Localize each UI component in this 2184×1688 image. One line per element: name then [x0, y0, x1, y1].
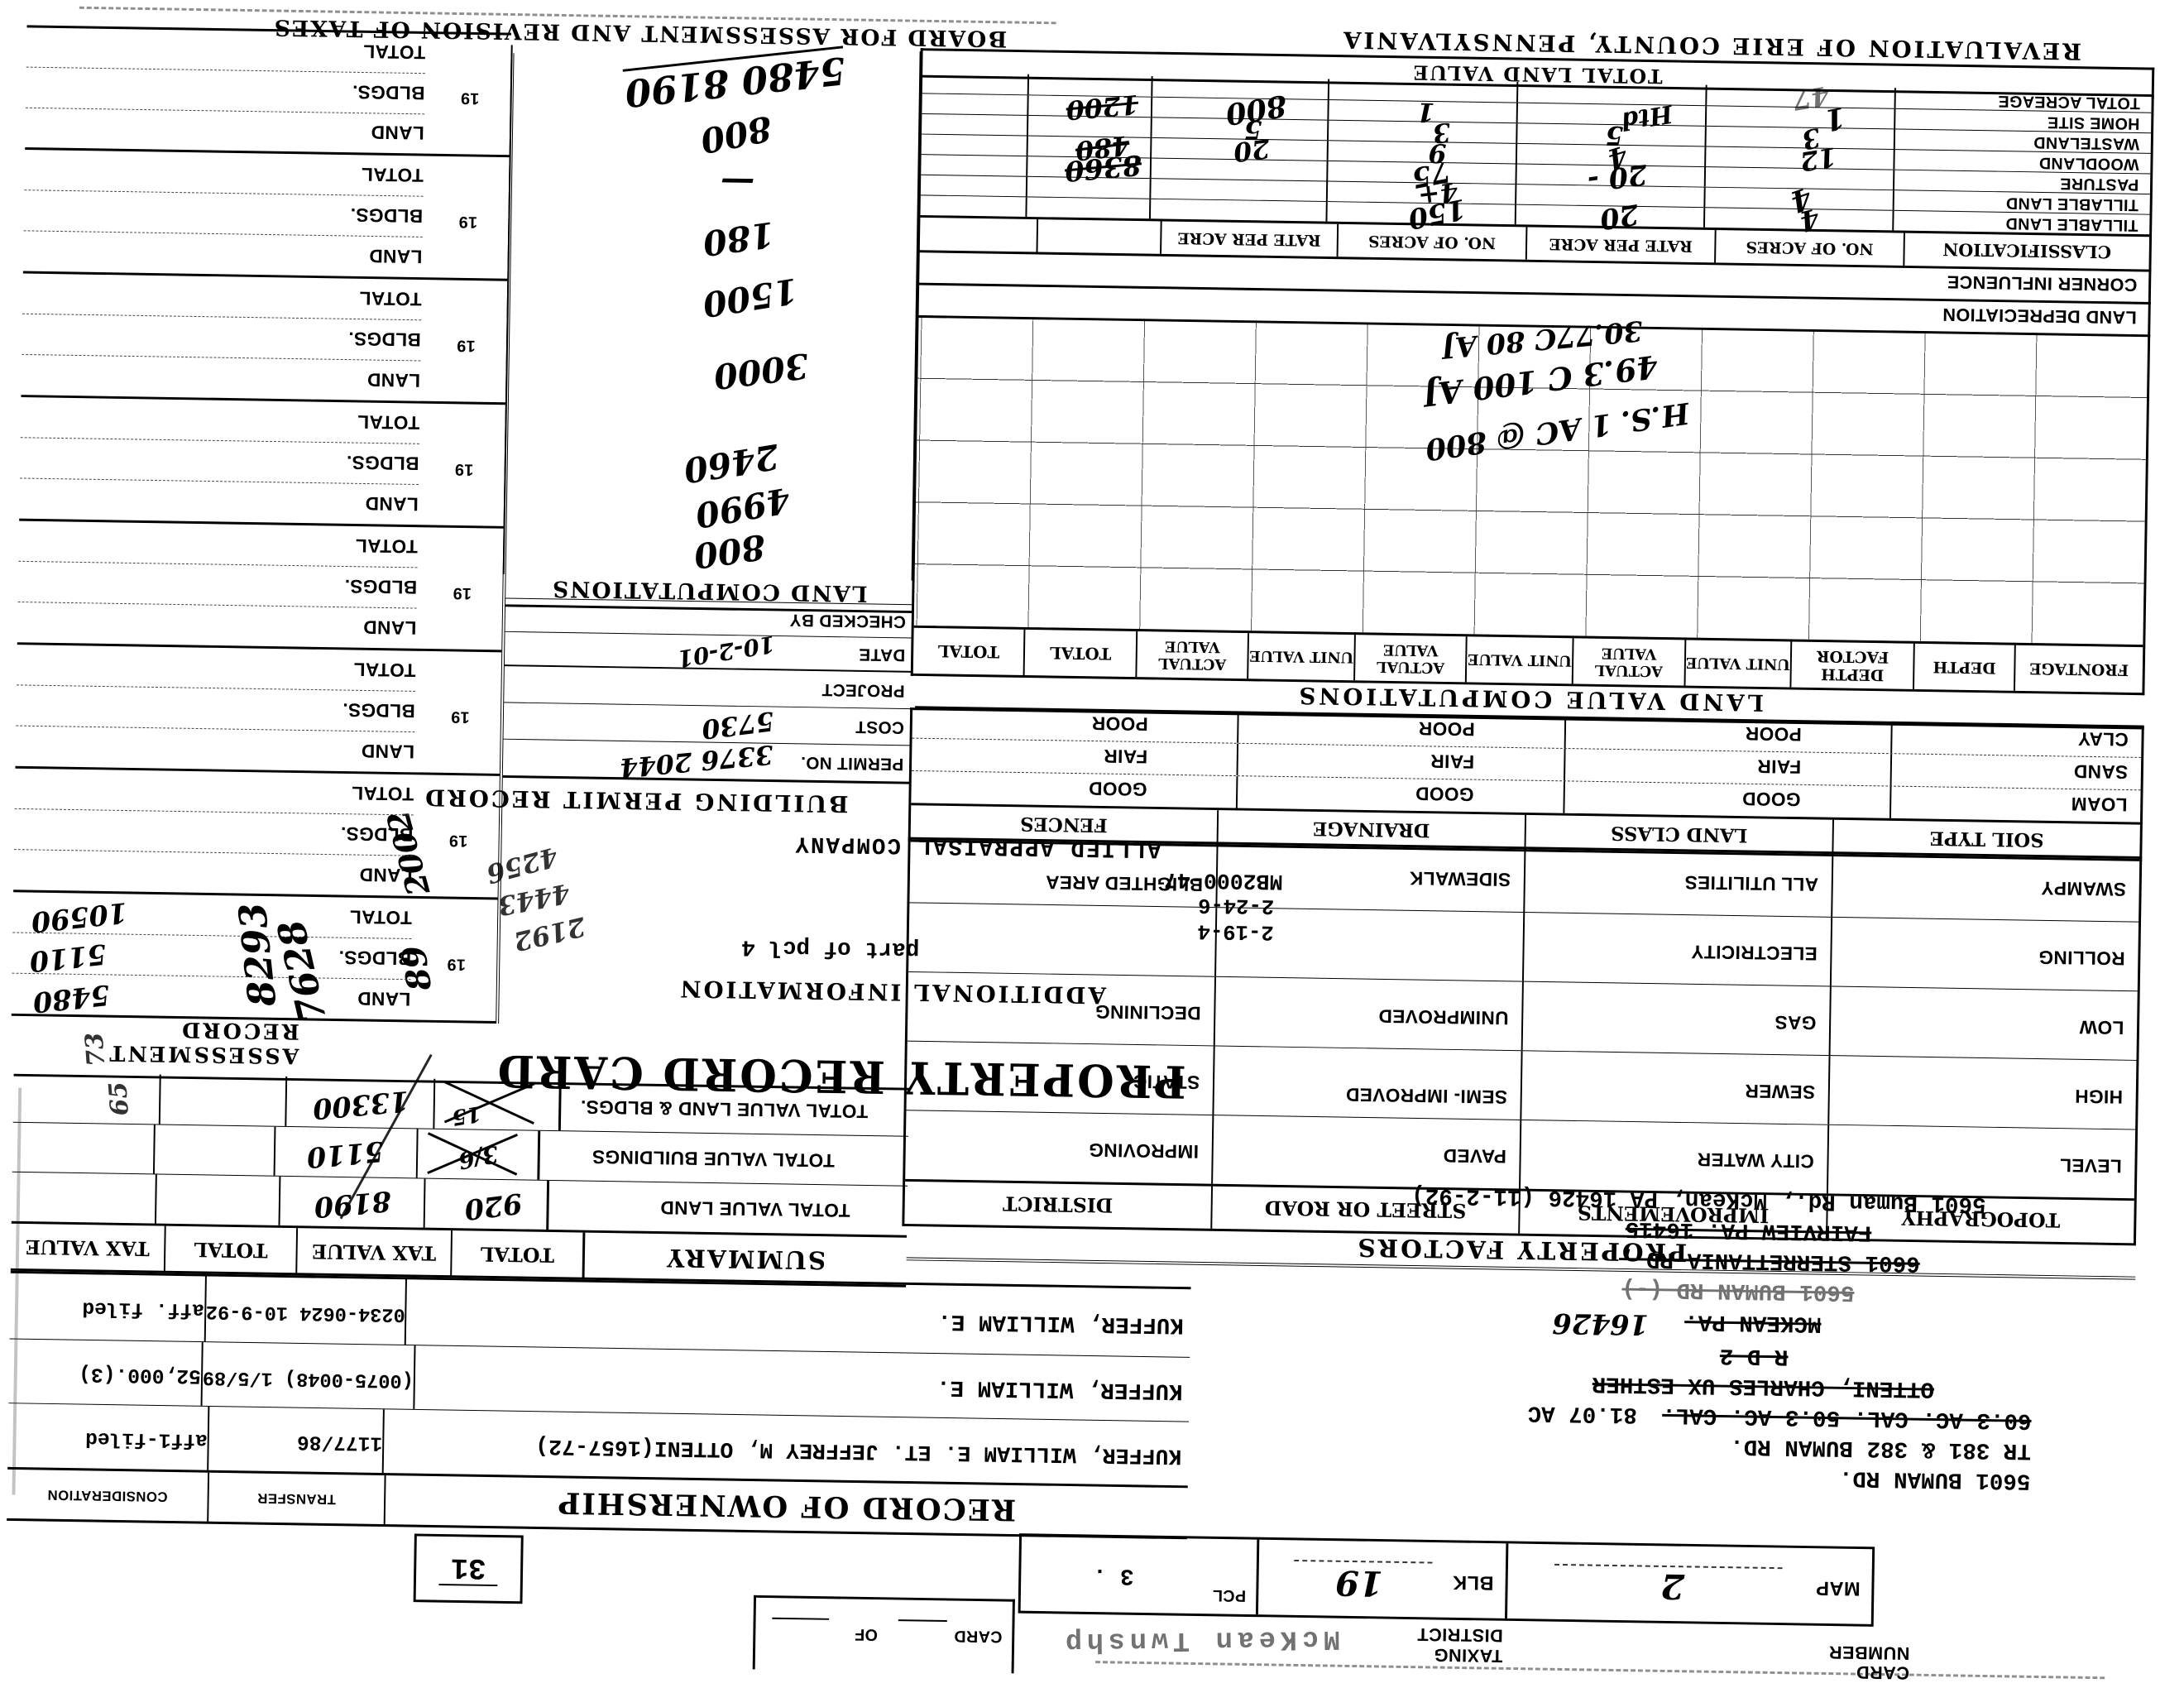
map-label: MAP — [1815, 1576, 1860, 1599]
bldgs-label: BLDGS. — [352, 73, 425, 113]
card-of-blank1 — [898, 1619, 947, 1622]
soil-cell: FAIR — [1565, 749, 1893, 786]
assessment-group: 19 LAND BLDGS. TOTAL — [25, 25, 511, 157]
hand-assess-bldgs: 5110 — [305, 1134, 385, 1173]
scanned-property-record-card: CARD NUMBER TAXING DISTRICT McKean Twnsh… — [0, 0, 2184, 1688]
lvc-header: UNIT VALUE — [1467, 636, 1573, 683]
lvc-header: FRONTAGE — [2015, 645, 2143, 693]
summary-row-blank: 8190 — [280, 1177, 425, 1228]
project-row: PROJECT — [504, 664, 912, 708]
ownership-title: RECORD OF OWNERSHIP — [385, 1475, 1187, 1537]
permit-no-label: PERMIT NO. — [773, 744, 910, 782]
map-code-3: MB2000-47 — [1164, 866, 1283, 893]
group-rows: LAND 5480 BLDGS. 5110 TOTAL 10590 — [12, 892, 412, 1019]
class-total-blank — [921, 175, 1027, 197]
factors-cell — [908, 903, 1217, 976]
factors-cell: SEMI- IMPROVED — [1214, 1046, 1522, 1119]
total-label: TOTAL — [352, 774, 414, 814]
summary-col-tax-1: TAX VALUE — [297, 1228, 453, 1278]
permit-no-row: PERMIT NO. 3376 2044 — [503, 739, 911, 782]
class-total-blank — [920, 195, 1027, 217]
class-total-blank — [922, 135, 1028, 156]
soil-cell: FAIR — [912, 739, 1239, 776]
bldgs-label: BLDGS. — [344, 567, 418, 608]
property-record-card-title: PROPERTY RECORD CARD — [495, 1044, 1186, 1107]
card-sheet: CARD NUMBER TAXING DISTRICT McKean Twnsh… — [5, 0, 2180, 1688]
land-label: LAND — [361, 731, 414, 772]
bldgs-label: BLDGS. — [340, 814, 414, 856]
factors-cell: CITY WATER — [1521, 1120, 1829, 1193]
class-r1: 20 — [1597, 197, 1640, 235]
total-label: TOTAL — [359, 279, 422, 319]
class-total-blank — [1027, 197, 1151, 218]
hand-total-land-bldgs: 15 — [450, 1101, 483, 1129]
total-label: TOTAL — [357, 402, 420, 443]
map-value: 2 — [1660, 1566, 1685, 1607]
land-comp-value: 4990 — [692, 480, 793, 536]
year-cell: 19 — [460, 89, 479, 108]
side-scribble: 65 — [104, 1081, 135, 1116]
classification-table: CLASSIFICATION NO. OF ACRES RATE PER ACR… — [917, 75, 2154, 272]
class-label: WASTELAND — [1895, 129, 2151, 152]
map-blk-pcl-bar: MAP 2 BLK 19 PCL 3 . — [1018, 1533, 1875, 1627]
scan-noise-dashes-top — [1095, 1661, 2105, 1679]
blk-label: BLK — [1452, 1571, 1493, 1594]
owner-name: KUFFER, WILLIAM E. — [406, 1278, 1190, 1357]
class-label: HOME SITE — [1895, 109, 2151, 132]
summary-table: SUMMARY TOTAL TAX VALUE TOTAL TAX VALUE … — [11, 1074, 909, 1288]
factors-cell: HIGH — [1829, 1056, 2136, 1129]
land-computations-column: 800 4990 2460 3000 1500 180 — 800 5480 8… — [503, 45, 922, 580]
lvc-header: TOTAL — [1025, 630, 1137, 677]
year-cell: 19 — [451, 707, 470, 726]
soil-cell: GOOD — [1238, 776, 1565, 813]
side-scribble: 73 — [80, 1032, 111, 1067]
classification-header-blank — [1037, 219, 1161, 254]
land-comp-total: 5480 8190 — [623, 46, 848, 115]
sheet-number-box: 31 — [414, 1533, 524, 1604]
bldgs-label: BLDGS. — [350, 195, 424, 237]
card-of-of-label: OF — [855, 1624, 878, 1643]
summary-row-blank — [12, 1123, 156, 1174]
district-text: DISTRICT — [1417, 1624, 1503, 1646]
bldgs-label: BLDGS. — [346, 443, 419, 484]
blk-value: 19 — [1335, 1563, 1383, 1604]
additional-information-heading: ADDITIONAL INFORMATION — [678, 975, 1106, 1009]
pcl-value: 3 . — [1093, 1562, 1134, 1588]
factors-cell: ROLLING — [1832, 918, 2138, 990]
lvc-header: UNIT VALUE — [1248, 633, 1355, 680]
factors-cell — [1216, 908, 1525, 981]
class-total-struck: 1200 — [1065, 89, 1140, 126]
owner-transfer: (0075-0048) 1/5/89 — [202, 1342, 415, 1409]
year-cell: 19 — [457, 336, 476, 355]
assessment-group: 19 LAND BLDGS. TOTAL — [15, 645, 501, 776]
address-struck-acreage: 60.3 AC. CAL. 50.3 AC. CAL. — [1662, 1402, 2032, 1433]
summary-row-value: 920 — [424, 1179, 549, 1230]
class-total-blank — [922, 114, 1028, 136]
year-cell: 19 — [454, 459, 473, 478]
lvc-header: UNIT VALUE — [1685, 640, 1792, 687]
map-cell: MAP 2 — [1505, 1543, 1873, 1623]
card-number-label: CARD NUMBER — [1828, 1642, 1910, 1683]
factors-cell: UNIMPROVED — [1215, 977, 1524, 1050]
land-comp-value: 1500 — [700, 271, 800, 325]
consideration-column-label: CONSIDERATION — [7, 1470, 209, 1522]
factors-header: TOPOGRAPHY — [1827, 1196, 2134, 1243]
assessment-strip: 19 89 LAND 5480 BLDGS. 5110 TOTAL 10590 … — [12, 46, 515, 1024]
summary-row-blank — [154, 1125, 275, 1175]
address-mckean: MCKEAN PA. — [1684, 1308, 1822, 1336]
summary-row-blank — [13, 1072, 162, 1125]
summary-col-total-1: TOTAL — [452, 1230, 585, 1280]
date-label: DATE — [775, 636, 912, 671]
class-r1: 5 — [1605, 120, 1623, 151]
factors-cell: SWAMPY — [1832, 851, 2139, 922]
soil-header: DRAINAGE — [1219, 810, 1527, 849]
address-kept-acreage: 81.07 AC — [1527, 1400, 1637, 1427]
bldgs-label: BLDGS. — [342, 691, 416, 732]
summary-row-blank — [12, 1172, 157, 1224]
class-label: TILLABLE LAND — [1894, 190, 2150, 213]
summary-row-value: 3/6 — [418, 1129, 540, 1179]
factors-cell: SEWER — [1521, 1051, 1830, 1124]
taxing-district-label: TAXING DISTRICT — [1416, 1624, 1503, 1666]
year-cell: 19 — [453, 583, 472, 602]
summary-col-tax-2: TAX VALUE — [11, 1224, 166, 1273]
summary-col-total-2: TOTAL — [165, 1226, 298, 1276]
class-a2: 1 — [1416, 97, 1434, 128]
pcl-label: PCL — [1212, 1585, 1246, 1604]
pcl-cell: PCL 3 . — [1021, 1536, 1257, 1614]
transfer-column-label: TRANSFER — [209, 1473, 386, 1524]
factors-header: IMPROVEMENTS — [1520, 1191, 1828, 1238]
blk-cell: BLK 19 — [1256, 1540, 1506, 1618]
classification-header: RATE PER ACRE — [1527, 227, 1717, 262]
owner-consideration: aff. filed — [10, 1272, 207, 1341]
soil-cell: FAIR — [1238, 744, 1566, 781]
property-factors-table: TOPOGRAPHY IMPROVEMENTS STREET OR ROAD D… — [902, 837, 2142, 1246]
appraisal-company: ALLIED APPRAISAL COMPANY — [793, 831, 1161, 861]
lvc-header: DEPTH FACTOR — [1792, 641, 1915, 688]
factors-cell: PAVED — [1213, 1115, 1521, 1188]
sheet-number: 31 — [439, 1551, 498, 1586]
land-label: LAND — [359, 856, 413, 896]
class-label: WOODLAND — [1894, 150, 2150, 173]
project-label: PROJECT — [774, 670, 912, 708]
land-label: LAND — [371, 113, 424, 154]
factors-cell: IMPROVING — [905, 1110, 1214, 1183]
land-comp-dash: — — [721, 163, 755, 204]
lvc-header: ACTUAL VALUE — [1355, 635, 1468, 682]
factors-header: STREET OR ROAD — [1212, 1187, 1521, 1234]
date-value: 10-2-01 — [675, 628, 777, 673]
owner-name: KUFFER, WILLIAM E. ET. JEFFREY M, OTTENI… — [384, 1409, 1189, 1485]
factors-cell: GAS — [1523, 982, 1832, 1055]
map-code-1: 2-19-4 — [1197, 919, 1274, 945]
total-label: TOTAL — [361, 155, 424, 195]
assessment-group: 19 LAND BLDGS. TOTAL — [22, 273, 508, 405]
hand-assess-land: 8190 — [313, 1184, 392, 1223]
year-cell: 19 — [458, 212, 477, 231]
land-label: LAND — [365, 484, 419, 525]
owner-consideration: 52,000.(3) — [8, 1339, 203, 1405]
class-blank — [1151, 179, 1328, 201]
ownership-table: RECORD OF OWNERSHIP TRANSFER CONSIDERATI… — [7, 1268, 1190, 1539]
total-label: TOTAL — [355, 526, 418, 567]
district-stamp: McKean Twnshp — [1061, 1623, 1340, 1657]
taxing-text: TAXING — [1416, 1645, 1502, 1666]
year-cell: 19 — [447, 954, 466, 973]
lvc-header: DEPTH — [1914, 644, 2016, 691]
soil-cell: CLAY — [1893, 722, 2142, 757]
land-label: LAND — [369, 237, 423, 277]
bldgs-label: BLDGS. — [348, 319, 422, 361]
class-label: PASTURE — [1894, 170, 2150, 194]
owner-transfer: 0234-0624 10-9-92 — [205, 1275, 407, 1345]
classification-header: RATE PER ACRE — [1161, 221, 1339, 257]
summary-row-blank — [156, 1175, 280, 1225]
total-value: 10590 — [29, 888, 129, 938]
land-label: LAND — [366, 360, 420, 400]
soil-cell: GOOD — [1564, 781, 1892, 818]
land-comp-value: 800 — [697, 108, 775, 161]
cost-label: COST — [773, 707, 911, 746]
lvc-header: TOTAL — [913, 628, 1026, 675]
factors-header: DISTRICT — [904, 1182, 1213, 1229]
factors-cell: LOW — [1831, 986, 2138, 1059]
soil-cell: SAND — [1892, 754, 2141, 789]
summary-row-blank: 5110 — [275, 1127, 419, 1178]
summary-row-label: TOTAL VALUE LAND — [548, 1181, 908, 1235]
hand-total-land: 920 — [462, 1187, 524, 1226]
total-label: TOTAL — [314, 897, 412, 938]
address-hand-zip: 16426 — [1552, 1307, 1649, 1340]
lvc-header: ACTUAL VALUE — [1137, 631, 1249, 679]
date-row: DATE 10-2-01 — [505, 631, 912, 671]
factors-cell: ELECTRICITY — [1524, 913, 1832, 985]
land-label: LAND — [363, 608, 417, 649]
group-rows: LAND BLDGS. TOTAL — [13, 769, 414, 896]
owner-name: KUFFER, WILLIAM E. — [414, 1345, 1190, 1421]
assessment-group: 19 89 LAND 5480 BLDGS. 5110 TOTAL 10590 … — [12, 892, 498, 1024]
assessment-group: 19 LAND BLDGS. TOTAL — [23, 150, 510, 281]
corner-influence-label: CORNER INFLUENCE — [1947, 266, 2148, 302]
land-comp-value: 180 — [701, 214, 777, 264]
soil-header: SOIL TYPE — [1833, 820, 2140, 859]
classification-header-blank — [920, 218, 1038, 252]
land-comp-value: 3000 — [711, 345, 811, 396]
lvc-table: FRONTAGE DEPTH DEPTH FACTOR UNIT VALUE A… — [911, 315, 2150, 695]
class-total-blank — [921, 155, 1027, 176]
permit-no-value: 3376 2044 — [618, 736, 774, 784]
number-label-text: NUMBER — [1828, 1642, 1909, 1663]
year-cell: 19 — [448, 831, 467, 850]
factors-cell: ALL UTILITIES — [1525, 846, 1833, 917]
assessment-group: 19 LAND BLDGS. TOTAL — [19, 397, 505, 529]
summary-title: SUMMARY — [584, 1233, 907, 1285]
soil-cell: LOAM — [1891, 787, 2140, 822]
building-permit-table: PERMIT NO. 3376 2044 COST 5730 PROJECT D… — [503, 612, 912, 784]
owner-consideration: aff1-filed — [7, 1403, 209, 1470]
soil-header: LAND CLASS — [1525, 815, 1834, 854]
card-of-blank2 — [772, 1618, 829, 1620]
lvc-header: ACTUAL VALUE — [1573, 638, 1686, 685]
owner-transfer: 1177/86 — [208, 1407, 385, 1473]
class-total-blank — [922, 94, 1028, 115]
soil-cell: GOOD — [911, 771, 1238, 808]
assessment-record-heading: ASSESSMENT RECORD — [14, 1014, 299, 1067]
classification-header: CLASSIFICATION — [1904, 233, 2149, 270]
summary-row-blank — [160, 1075, 287, 1126]
map-code-2: 2-24-6 — [1198, 893, 1275, 918]
bldgs-label: BLDGS. — [314, 938, 412, 979]
summary-row-label: TOTAL VALUE BUILDINGS — [539, 1131, 908, 1186]
permit-scribble-1: 2192 — [510, 911, 588, 957]
card-of-card-label: CARD — [954, 1626, 1003, 1646]
card-of-box: CARD OF — [753, 1595, 1015, 1673]
lvc-grid: H.S. 1 AC @ 800 49.3 C 100 AJ 30.77C 80 … — [914, 315, 2148, 645]
land-depreciation-label: LAND DEPRECIATION — [1942, 299, 2148, 334]
part-of-pcl-note: part of pcl 4 — [741, 933, 919, 961]
cost-row: COST 5730 — [504, 702, 912, 745]
class-label: TILLABLE LAND — [1894, 211, 2149, 234]
assessment-group: 19 LAND BLDGS. TOTAL — [17, 521, 504, 653]
land-value: 5480 — [31, 971, 112, 1019]
total-label: TOTAL — [353, 650, 416, 691]
factors-cell: LEVEL — [1828, 1125, 2135, 1198]
